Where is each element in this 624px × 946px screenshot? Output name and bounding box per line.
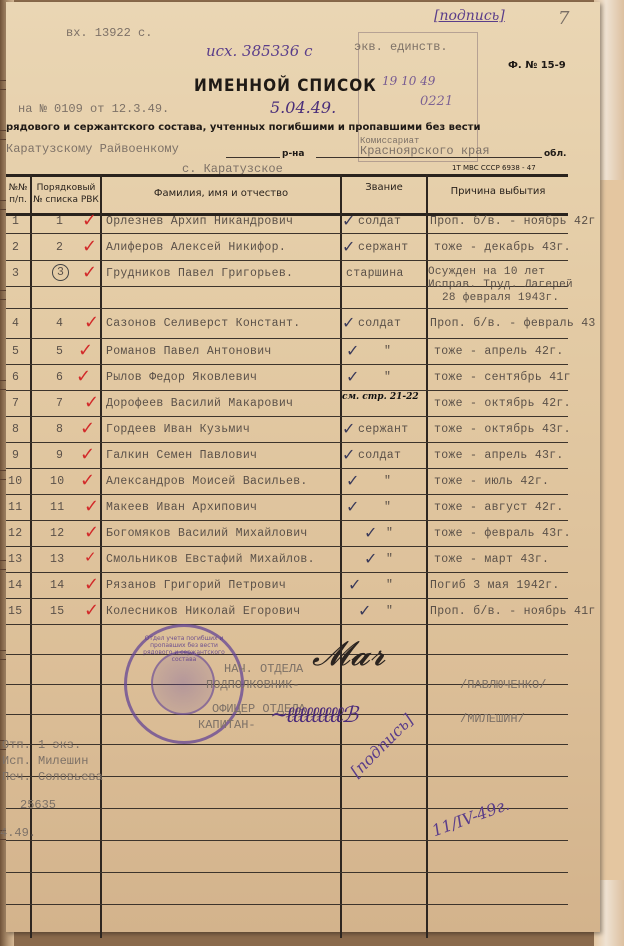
underlying-page-edge xyxy=(600,180,624,880)
row-rank: " xyxy=(384,345,391,358)
row-name: Макеев Иван Архипович xyxy=(106,501,257,514)
row-num: 13 xyxy=(8,553,22,566)
row-rvk: 10 xyxy=(50,475,64,488)
row-name: Колесников Николай Егорович xyxy=(106,605,300,618)
row-reason-line3: 28 февраля 1943г. xyxy=(442,292,559,304)
red-check-icon: ✓ xyxy=(84,314,99,332)
row-name: Орлезнев Архип Никандрович xyxy=(106,215,293,228)
table-row: 14 14 ✓ Рязанов Григорий Петрович ✓ " По… xyxy=(6,576,600,602)
row-name: Рылов Федор Яковлевич xyxy=(106,371,257,384)
handwritten-signature-2: ~ℓℓℓℓℓℓℓℓℓℬ xyxy=(270,702,355,728)
row-num: 14 xyxy=(8,579,22,592)
stamp-date: 19 10 49 xyxy=(382,74,435,88)
corner-signature: [подпись] xyxy=(434,8,505,24)
row-rvk: 15 xyxy=(50,605,64,618)
table-row: 1 1 ✓ Орлезнев Архип Никандрович ✓ солда… xyxy=(6,212,600,238)
row-reason: Осужден на 10 лет xyxy=(428,266,545,278)
col-header-num: №№ п/п. xyxy=(6,182,30,206)
addressee: Каратузскому Райвоенкому xyxy=(6,142,179,156)
row-rvk: 9 xyxy=(56,449,63,462)
reference-line: на № 0109 от 12.3.49. xyxy=(18,102,169,116)
row-name: Рязанов Григорий Петрович xyxy=(106,579,286,592)
checkmark-icon: ✓ xyxy=(358,603,371,619)
form-number: Ф. № 15-9 xyxy=(508,60,566,71)
row-name: Сазонов Селиверст Констант. xyxy=(106,317,300,330)
col-header-rank: Звание xyxy=(342,182,426,194)
row-reason: тоже - август 42г. xyxy=(434,501,564,514)
oblast-label: обл. xyxy=(544,149,566,159)
col-header-name: Фамилия, имя и отчество xyxy=(102,188,340,200)
row-reason: тоже - февраль 43г. xyxy=(434,527,571,540)
row-num: 8 xyxy=(12,423,19,436)
signature-title-1: НАЧ. ОТДЕЛА xyxy=(224,662,303,676)
row-rank: солдат xyxy=(358,317,401,330)
checkmark-icon: ✓ xyxy=(346,369,359,385)
row-rank: " xyxy=(386,553,393,566)
row-rvk: 2 xyxy=(56,241,63,254)
checkmark-icon: ✓ xyxy=(342,447,355,463)
row-rank: солдат xyxy=(358,449,401,462)
row-name: Александров Моисей Васильев. xyxy=(106,475,308,488)
row-num: 9 xyxy=(12,449,19,462)
row-rvk: 6 xyxy=(56,371,63,384)
row-rank-note: см. стр. 21-22 xyxy=(342,392,426,402)
table-row: 15 15 ✓ Колесников Николай Егорович ✓ " … xyxy=(6,602,600,628)
red-check-icon: ✓ xyxy=(80,472,95,490)
row-reason: тоже - октябрь 42г. xyxy=(434,397,571,410)
row-reason: тоже - апрель 43г. xyxy=(434,449,564,462)
document-page: вх. 13922 с. исх. 385336 с [подпись] 7 э… xyxy=(6,2,600,932)
row-reason: тоже - сентябрь 41г xyxy=(434,371,571,384)
red-check-icon: ✓ xyxy=(84,524,99,542)
row-num: 5 xyxy=(12,345,19,358)
checkmark-icon: ✓ xyxy=(346,473,359,489)
handwritten-date: 5.04.49. xyxy=(270,98,336,117)
signatory-name-1: /ПАВЛЮЧЕНКО/ xyxy=(460,678,546,692)
red-check-icon: ✓ xyxy=(82,264,97,282)
red-check-icon: ✓ xyxy=(82,212,97,230)
red-check-icon: ✓ xyxy=(76,368,91,386)
row-name: Дорофеев Василий Макарович xyxy=(106,397,293,410)
signature-title-4: КАПИТАН- xyxy=(198,718,256,732)
handwritten-signature-1: 𝓜𝓪𝓻 xyxy=(312,634,386,674)
row-reason: тоже - июль 42г. xyxy=(434,475,549,488)
table-row: 4 4 ✓ Сазонов Селиверст Констант. ✓ солд… xyxy=(6,314,600,340)
row-rvk: 4 xyxy=(56,317,63,330)
row-num: 12 xyxy=(8,527,22,540)
row-rvk: 7 xyxy=(56,397,63,410)
row-rank: солдат xyxy=(358,215,401,228)
row-reason: тоже - декабрь 43г. xyxy=(434,241,571,254)
table-row: 5 5 ✓ Романов Павел Антонович ✓ " тоже -… xyxy=(6,342,600,368)
row-rank: " xyxy=(384,371,391,384)
document-subtitle: рядового и сержантского состава, учтенны… xyxy=(6,122,480,133)
row-num: 6 xyxy=(12,371,19,384)
row-name: Грудников Павел Григорьев. xyxy=(106,267,293,280)
checkmark-icon: ✓ xyxy=(364,551,377,567)
col-header-reason: Причина выбытия xyxy=(428,186,568,198)
table-row: 6 6 ✓ Рылов Федор Яковлевич ✓ " тоже - с… xyxy=(6,368,600,394)
handwritten-note-2: 11/IV-49г. xyxy=(429,795,512,841)
red-check-icon: ✓ xyxy=(84,548,97,566)
row-num: 1 xyxy=(12,215,19,228)
stamp-ring-text: Отдел учета погибших и пропавших без вес… xyxy=(137,635,231,663)
checkmark-icon: ✓ xyxy=(346,343,359,359)
row-reason: Проп. б/в. - ноябрь 42г xyxy=(430,215,596,228)
row-rank: " xyxy=(384,501,391,514)
table-row: 9 9 ✓ Галкин Семен Павлович ✓ солдат тож… xyxy=(6,446,600,472)
copies-note: Отп. 1 экз. xyxy=(2,738,81,752)
row-num: 11 xyxy=(8,501,22,514)
region-underline xyxy=(316,157,542,158)
row-reason: тоже - март 43г. xyxy=(434,553,549,566)
checkmark-icon: ✓ xyxy=(342,315,355,331)
printing-info: 1Т МВС СССР 6938 - 47 xyxy=(452,164,536,172)
red-check-icon: ✓ xyxy=(84,602,99,620)
unit-label: экв. единств. xyxy=(354,40,448,54)
red-check-icon: ✓ xyxy=(84,576,99,594)
row-rank: сержант xyxy=(358,241,408,254)
row-name: Богомяков Василий Михайлович xyxy=(106,527,308,540)
col-header-rvk: Порядковый № списка РВК xyxy=(32,182,100,206)
checkmark-icon: ✓ xyxy=(342,239,355,255)
row-rank: " xyxy=(386,605,393,618)
table-row: 3 3 ✓ Грудников Павел Григорьев. старшин… xyxy=(6,264,600,310)
red-check-icon: ✓ xyxy=(78,342,93,360)
table-row: 13 13 ✓ Смольников Евстафий Михайлов. ✓ … xyxy=(6,550,600,576)
row-rvk: 5 xyxy=(56,345,63,358)
table-row: 7 7 ✓ Дорофеев Василий Макарович см. стр… xyxy=(6,394,600,420)
rayon-underline xyxy=(226,157,280,158)
row-reason: Проп. б/в. - февраль 43 xyxy=(430,317,596,330)
row-rvk: 1 xyxy=(56,215,63,228)
signature-title-2: ПОДПОЛКОВНИК- xyxy=(206,678,300,692)
outgoing-number-footer: 25635 xyxy=(20,798,56,812)
page-number: 7 xyxy=(558,8,569,29)
handwritten-note-1: [подпись] xyxy=(347,710,418,781)
signatory-name-2: /МИЛЕШИН/ xyxy=(460,712,525,726)
checkmark-icon: ✓ xyxy=(342,213,355,229)
incoming-number: вх. 13922 с. xyxy=(66,26,152,40)
red-check-icon: ✓ xyxy=(84,394,99,412)
checkmark-icon: ✓ xyxy=(342,421,355,437)
row-rvk: 8 xyxy=(56,423,63,436)
outgoing-number: исх. 385336 с xyxy=(206,42,313,60)
rayon-label: р-на xyxy=(282,149,304,159)
row-reason: Проп. б/в. - ноябрь 41г xyxy=(430,605,596,618)
row-rank: сержант xyxy=(358,423,408,436)
document-title: ИМЕННОЙ СПИСОК xyxy=(194,76,377,96)
row-name: Алиферов Алексей Никифор. xyxy=(106,241,286,254)
row-rank: " xyxy=(386,527,393,540)
row-reason: тоже - апрель 42г. xyxy=(434,345,564,358)
row-rank: " xyxy=(384,475,391,488)
row-rvk: 12 xyxy=(50,527,64,540)
table-row: 12 12 ✓ Богомяков Василий Михайлович ✓ "… xyxy=(6,524,600,550)
row-rvk: 11 xyxy=(50,501,64,514)
row-rank: " xyxy=(386,579,393,592)
row-rvk-circled: 3 xyxy=(52,264,69,281)
executor-note: Исп. Милешин xyxy=(2,754,88,768)
red-check-icon: ✓ xyxy=(84,498,99,516)
region-value: Красноярского края xyxy=(360,144,490,158)
row-reason: Погиб 3 мая 1942г. xyxy=(430,579,560,592)
row-rvk: 13 xyxy=(50,553,64,566)
checkmark-icon: ✓ xyxy=(346,499,359,515)
red-check-icon: ✓ xyxy=(80,446,95,464)
row-num: 2 xyxy=(12,241,19,254)
red-check-icon: ✓ xyxy=(82,238,97,256)
row-name: Гордеев Иван Кузьмич xyxy=(106,423,250,436)
table-row: 11 11 ✓ Макеев Иван Архипович ✓ " тоже -… xyxy=(6,498,600,524)
row-name: Смольников Евстафий Михайлов. xyxy=(106,553,315,566)
table-top-border xyxy=(6,174,568,177)
row-reason-line2: Исправ. Труд. Лагерей xyxy=(428,279,573,291)
table-row: 10 10 ✓ Александров Моисей Васильев. ✓ "… xyxy=(6,472,600,498)
row-rvk: 14 xyxy=(50,579,64,592)
checkmark-icon: ✓ xyxy=(348,577,361,593)
table-row: 8 8 ✓ Гордеев Иван Кузьмич ✓ сержант тож… xyxy=(6,420,600,446)
footer-date: 4.49. xyxy=(0,826,36,840)
row-num: 7 xyxy=(12,397,19,410)
row-name: Галкин Семен Павлович xyxy=(106,449,257,462)
row-num: 15 xyxy=(8,605,22,618)
table-row: 2 2 ✓ Алиферов Алексей Никифор. ✓ сержан… xyxy=(6,238,600,264)
row-num: 4 xyxy=(12,317,19,330)
row-reason: тоже - октябрь 43г. xyxy=(434,423,571,436)
stamp-number: 0221 xyxy=(420,94,453,109)
checkmark-icon: ✓ xyxy=(364,525,377,541)
row-name: Романов Павел Антонович xyxy=(106,345,272,358)
row-rank: старшина xyxy=(346,267,404,280)
row-num: 10 xyxy=(8,475,22,488)
row-num: 3 xyxy=(12,267,19,280)
typist-note: Печ. Соловьева xyxy=(2,770,103,784)
red-check-icon: ✓ xyxy=(80,420,95,438)
